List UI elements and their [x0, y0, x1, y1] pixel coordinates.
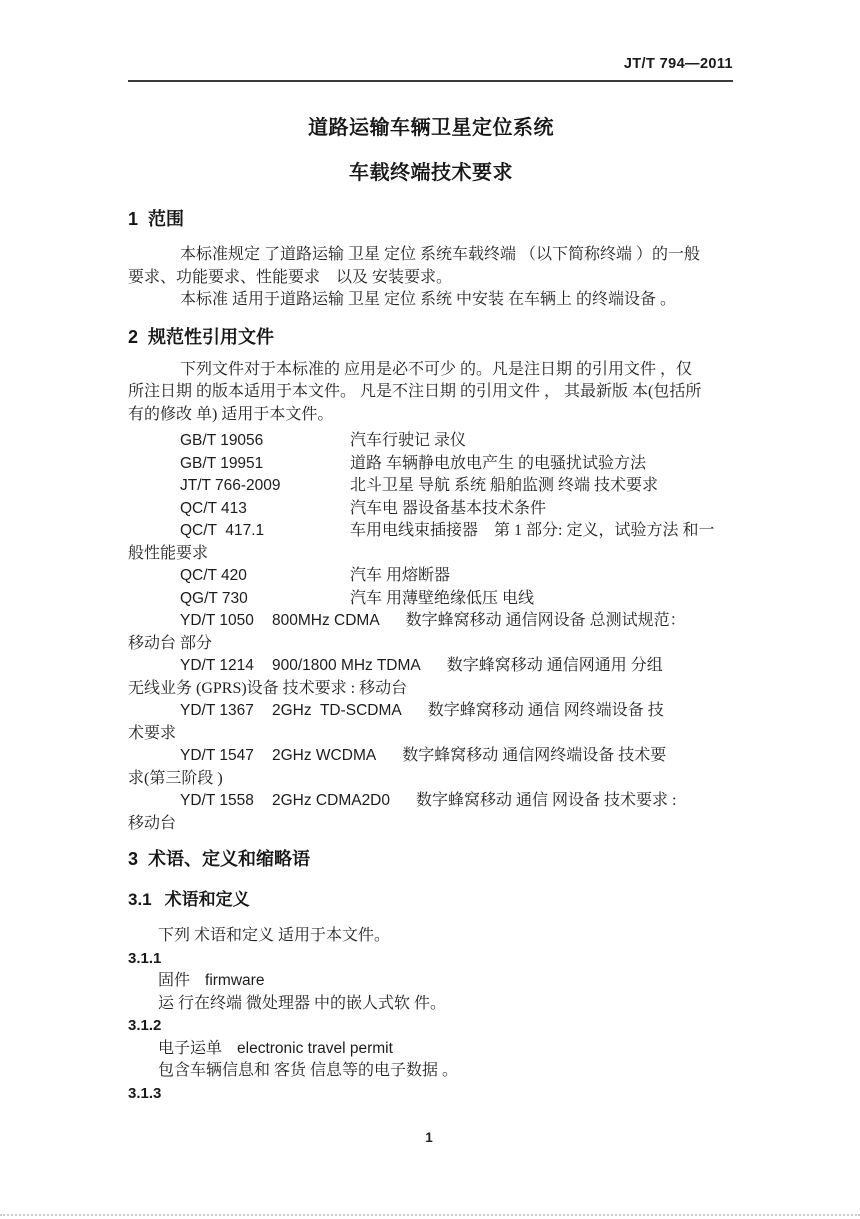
reference-desc: 数字蜂窝移动 通信 网设备 技术要求 : [416, 792, 676, 809]
term-zh: 固件 [158, 972, 190, 989]
reference-code: QG/T 730 [180, 588, 350, 611]
term-en: electronic travel permit [237, 1040, 393, 1057]
reference-item: YD/T 15582GHz CDMA2D0数字蜂窝移动 通信 网设备 技术要求 … [128, 790, 734, 813]
section-1-number: 1 [128, 209, 138, 229]
reference-code: QC/T 417.1 [180, 520, 350, 543]
reference-desc: 数字蜂窝移动 通信网终端设备 技术要 [402, 747, 666, 764]
section-1-paragraph: 本标准规定 了道路运输 卫星 定位 系统车载终端 （以下简称终端 ）的一般 要求… [128, 244, 734, 312]
section-3-heading: 3术语、定义和缩略语 [128, 847, 734, 871]
reference-spec: 900/1800 MHz TDMA [272, 655, 421, 678]
reference-code: YD/T 1214 [180, 655, 272, 678]
term-number: 3.1.1 [128, 948, 734, 971]
reference-item: QC/T 417.1车用电线束插接器 第 1 部分: 定义，试验方法 和一 [128, 520, 734, 543]
term-title: 固件firmware [128, 970, 734, 993]
reference-continuation: 移动台 部分 [128, 633, 734, 656]
reference-desc: 数字蜂窝移动 通信 网终端设备 技 [428, 702, 664, 719]
section-2-heading: 2规范性引用文件 [128, 325, 734, 349]
doc-title: 道路运输车辆卫星定位系统 [128, 116, 734, 140]
term-entry-3-1-1: 3.1.1 固件firmware 运 行在终端 微处理器 中的嵌人式软 件。 [128, 948, 734, 1016]
reference-spec: 2GHz WCDMA [272, 745, 376, 768]
reference-code: QC/T 420 [180, 565, 350, 588]
reference-desc: 车用电线束插接器 第 1 部分: 定义，试验方法 和一 [350, 522, 714, 539]
section-2-paragraph: 下列文件对于本标准的 应用是必不可少 的。凡是注日期 的引用文件 ，仅 所注日期… [128, 359, 734, 427]
reference-item: QC/T 413汽车电 器设备基本技术条件 [128, 498, 734, 521]
reference-spec: 2GHz CDMA2D0 [272, 790, 390, 813]
section-1-title: 范围 [148, 209, 184, 229]
paragraph-line: 有的修改 单) 适用于本文件。 [128, 404, 734, 427]
paragraph-line: 下列文件对于本标准的 应用是必不可少 的。凡是注日期 的引用文件 ，仅 [128, 359, 734, 382]
reference-item: YD/T 1050800MHz CDMA数字蜂窝移动 通信网设备 总测试规范： [128, 610, 734, 633]
reference-spec: 2GHz TD-SCDMA [272, 700, 402, 723]
section-3-1-heading: 3.1术语和定义 [128, 889, 734, 911]
reference-desc: 汽车行驶记 录仪 [350, 432, 466, 449]
reference-item: YD/T 1214900/1800 MHz TDMA数字蜂窝移动 通信网通用 分… [128, 655, 734, 678]
paragraph-line: 要求、功能要求、性能要求 以及 安装要求。 [128, 267, 734, 290]
reference-desc: 汽车 用熔断器 [350, 567, 450, 584]
reference-item: GB/T 19056汽车行驶记 录仪 [128, 430, 734, 453]
section-1-heading: 1范围 [128, 207, 734, 231]
term-definition: 包含车辆信息和 客货 信息等的电子数据 。 [128, 1060, 734, 1083]
section-3-title: 术语、定义和缩略语 [148, 849, 310, 869]
reference-item: QG/T 730汽车 用薄壁绝缘低压 电线 [128, 588, 734, 611]
term-en: firmware [205, 972, 264, 989]
reference-code: GB/T 19951 [180, 453, 350, 476]
section-2-number: 2 [128, 327, 138, 347]
reference-continuation: 般性能要求 [128, 543, 734, 566]
term-entry-3-1-2: 3.1.2 电子运单electronic travel permit 包含车辆信… [128, 1015, 734, 1083]
reference-code: GB/T 19056 [180, 430, 350, 453]
references-list: GB/T 19056汽车行驶记 录仪 GB/T 19951道路 车辆静电放电产生… [128, 430, 734, 835]
section-3-1-title: 术语和定义 [165, 890, 250, 909]
reference-code: YD/T 1547 [180, 745, 272, 768]
reference-item: YD/T 15472GHz WCDMA数字蜂窝移动 通信网终端设备 技术要 [128, 745, 734, 768]
term-title: 电子运单electronic travel permit [128, 1038, 734, 1061]
reference-continuation: 求(第三阶段 ) [128, 768, 734, 791]
term-entry-3-1-3: 3.1.3 [128, 1083, 734, 1106]
reference-code: YD/T 1050 [180, 610, 272, 633]
paragraph-line: 本标准规定 了道路运输 卫星 定位 系统车载终端 （以下简称终端 ）的一般 [128, 244, 734, 267]
paragraph-line: 所注日期 的版本适用于本文件。 凡是不注日期 的引用文件 ， 其最新版 本(包括… [128, 381, 734, 404]
terms-intro: 下列 术语和定义 适用于本文件。 [128, 925, 734, 948]
scan-edge-artifact [0, 1214, 860, 1216]
reference-item: QC/T 420汽车 用熔断器 [128, 565, 734, 588]
document-page: JT/T 794—2011 道路运输车辆卫星定位系统 车载终端技术要求 1范围 … [0, 0, 860, 1219]
section-3-1-number: 3.1 [128, 890, 152, 909]
term-zh: 电子运单 [158, 1040, 222, 1057]
doc-subtitle: 车载终端技术要求 [128, 161, 734, 185]
reference-continuation: 移动台 [128, 813, 734, 836]
reference-item: YD/T 13672GHz TD-SCDMA数字蜂窝移动 通信 网终端设备 技 [128, 700, 734, 723]
reference-desc: 数字蜂窝移动 通信网设备 总测试规范： [406, 612, 686, 629]
term-definition: 运 行在终端 微处理器 中的嵌人式软 件。 [128, 993, 734, 1016]
page-header: JT/T 794—2011 [128, 56, 733, 82]
reference-code: YD/T 1367 [180, 700, 272, 723]
term-number: 3.1.2 [128, 1015, 734, 1038]
reference-item: JT/T 766-2009北斗卫星 导航 系统 船舶监测 终端 技术要求 [128, 475, 734, 498]
reference-desc: 汽车 用薄壁绝缘低压 电线 [350, 590, 534, 607]
reference-code: QC/T 413 [180, 498, 350, 521]
reference-desc: 北斗卫星 导航 系统 船舶监测 终端 技术要求 [350, 477, 658, 494]
paragraph-line: 本标准 适用于道路运输 卫星 定位 系统 中安装 在车辆上 的终端设备 。 [128, 289, 734, 312]
doc-number: JT/T 794—2011 [624, 56, 733, 72]
reference-desc: 数字蜂窝移动 通信网通用 分组 [447, 657, 663, 674]
reference-spec: 800MHz CDMA [272, 610, 380, 633]
section-2-title: 规范性引用文件 [148, 327, 274, 347]
page-number: 1 [0, 1130, 858, 1145]
reference-item: GB/T 19951道路 车辆静电放电产生 的电骚扰试验方法 [128, 453, 734, 476]
reference-code: YD/T 1558 [180, 790, 272, 813]
reference-code: JT/T 766-2009 [180, 475, 350, 498]
reference-desc: 汽车电 器设备基本技术条件 [350, 500, 546, 517]
reference-desc: 道路 车辆静电放电产生 的电骚扰试验方法 [350, 455, 646, 472]
section-3-number: 3 [128, 849, 138, 869]
reference-continuation: 术要求 [128, 723, 734, 746]
reference-continuation: 无线业务 (GPRS)设备 技术要求 : 移动台 [128, 678, 734, 701]
page-content: 道路运输车辆卫星定位系统 车载终端技术要求 1范围 本标准规定 了道路运输 卫星… [128, 84, 734, 1105]
